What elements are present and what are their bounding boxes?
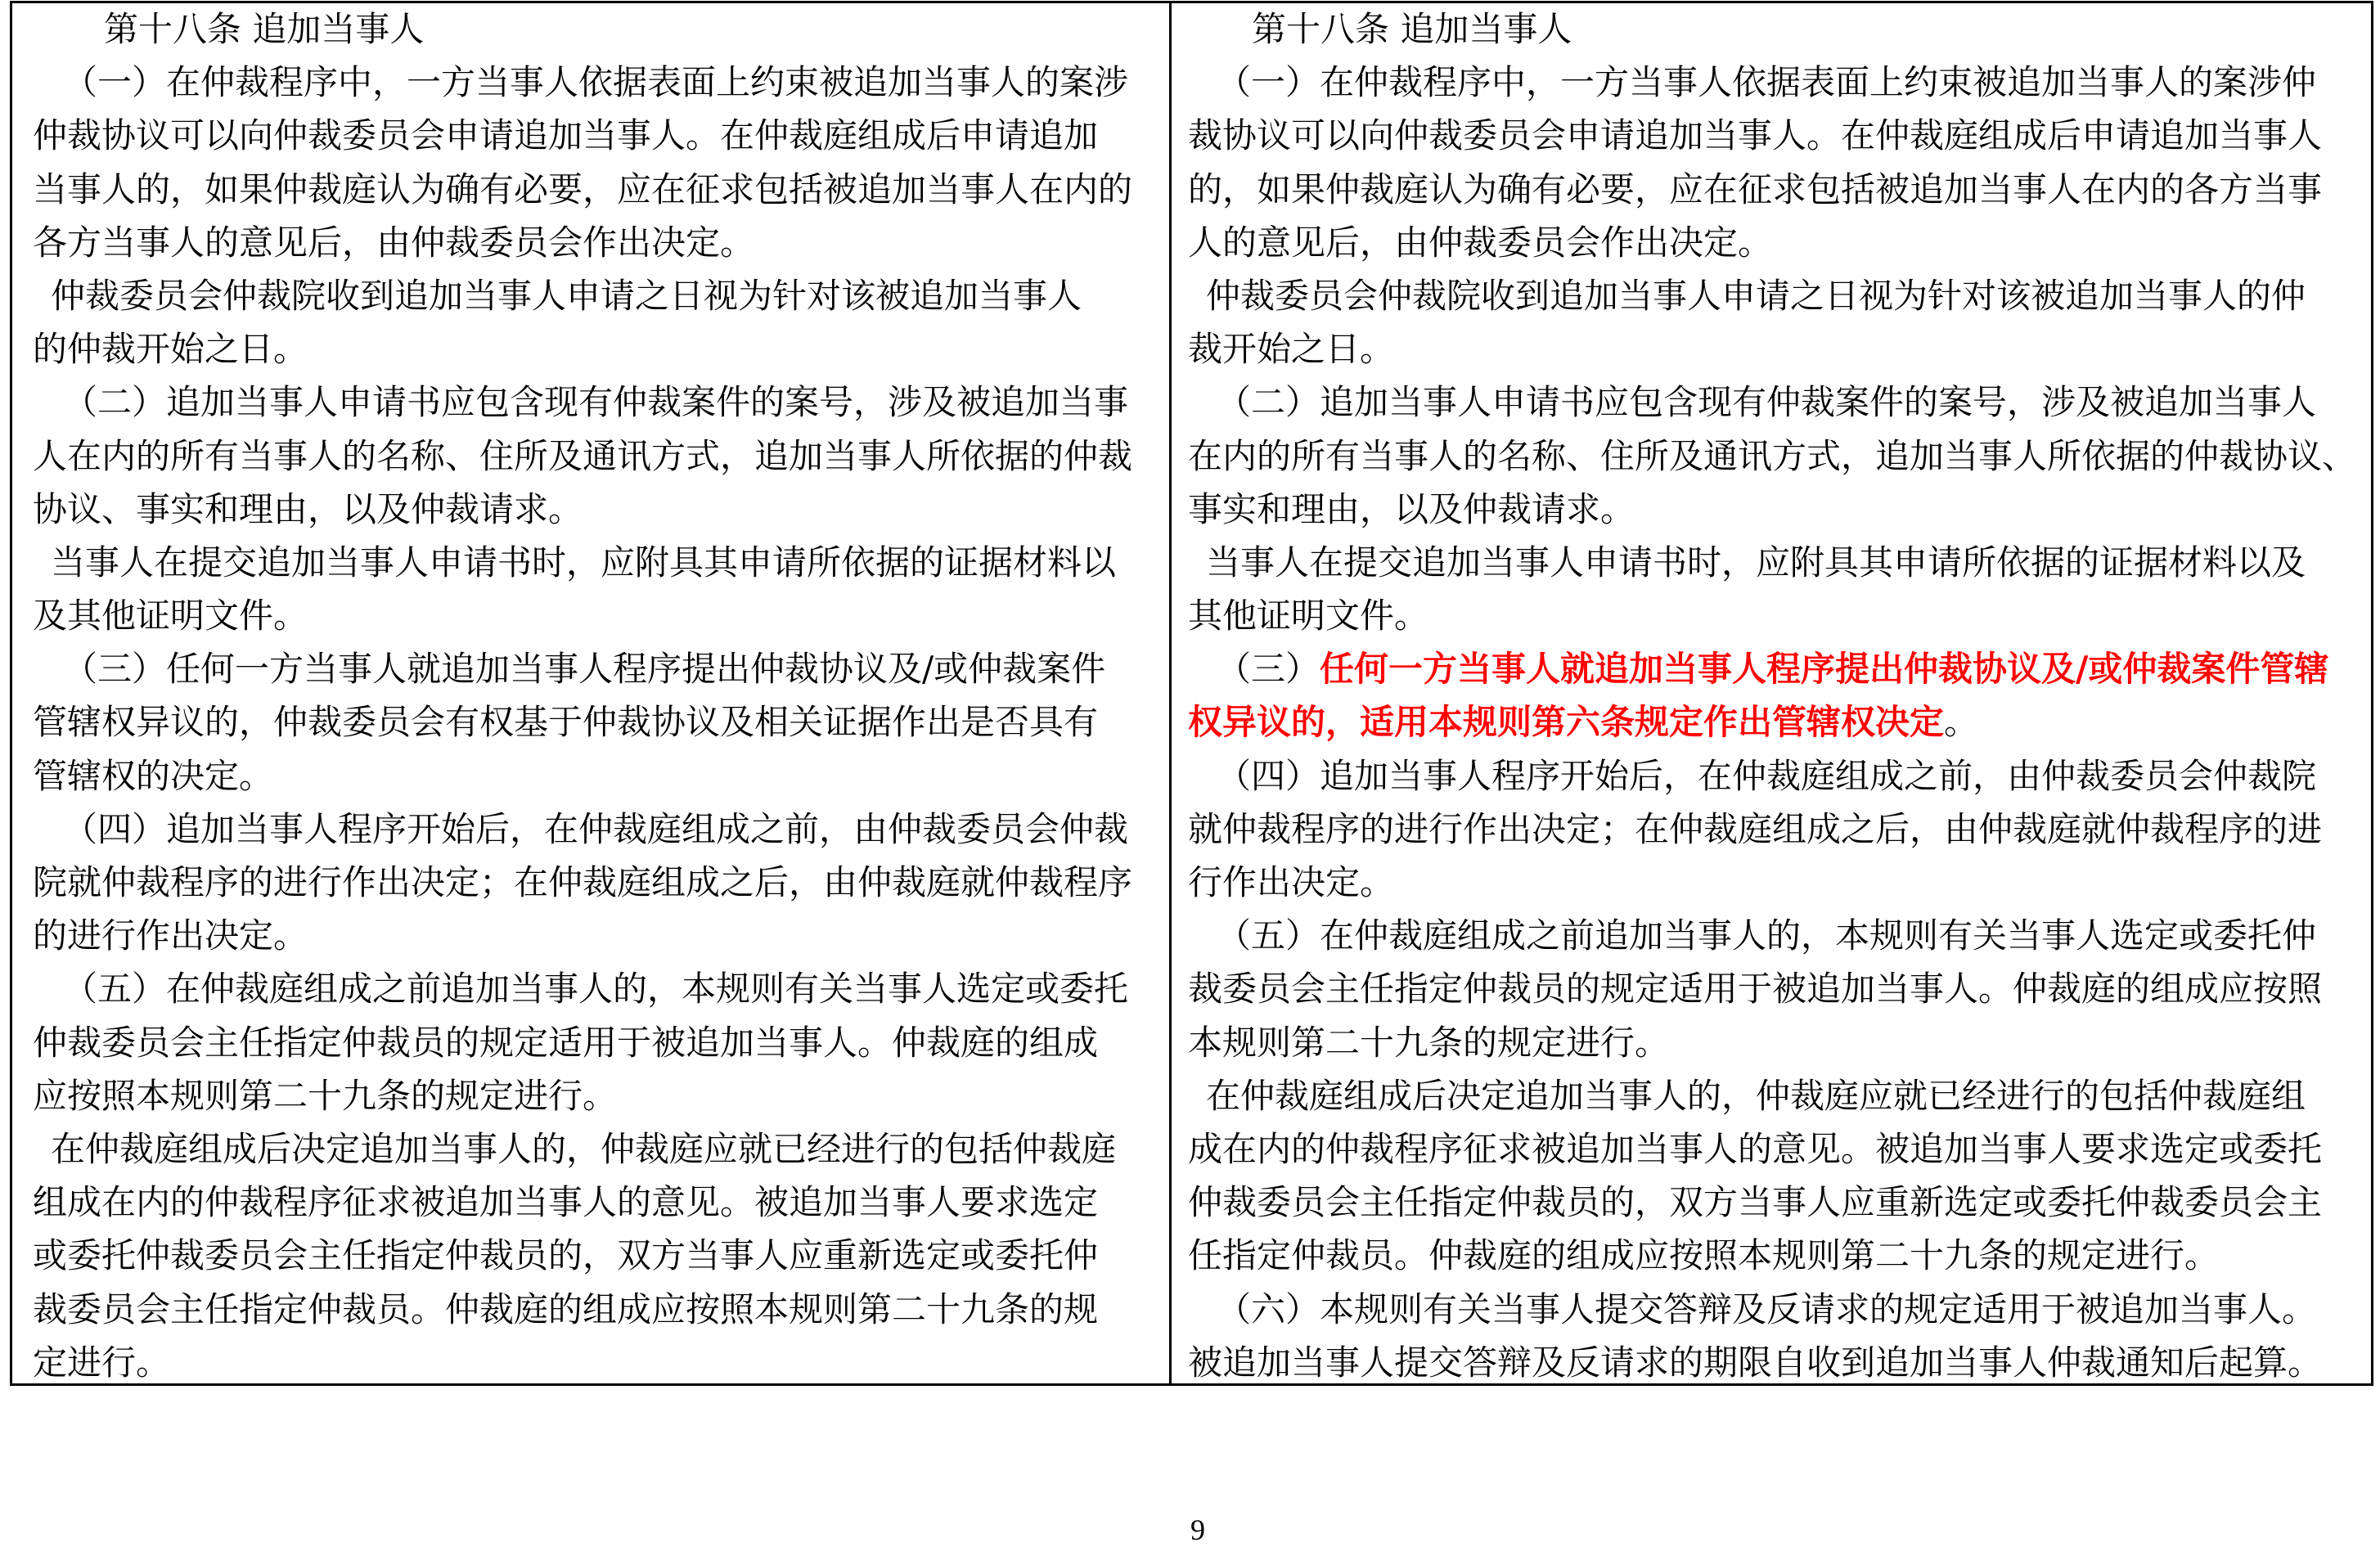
- paragraph-line: 其他证明文件。: [1188, 589, 2366, 642]
- paragraph-line: 任指定仲裁员。仲裁庭的组成应按照本规则第二十九条的规定进行。: [1188, 1229, 2366, 1282]
- paragraph-line: （四）追加当事人程序开始后，在仲裁庭组成之前，由仲裁委员会仲裁院: [1188, 749, 2366, 803]
- article-title: 第十八条 追加当事人: [1188, 2, 2366, 56]
- revised-text-highlight: 权异议的，适用本规则第六条规定作出管辖权决定: [1188, 702, 1944, 742]
- paragraph-line: 院就仲裁程序的进行作出决定；在仲裁庭组成之后，由仲裁庭就仲裁程序: [33, 856, 1166, 909]
- right-column-revised-text: 第十八条 追加当事人 （一）在仲裁程序中，一方当事人依据表面上约束被追加当事人的…: [1188, 2, 2366, 1389]
- paragraph-line: 定进行。: [33, 1336, 1166, 1389]
- paragraph-line: 裁委员会主任指定仲裁员。仲裁庭的组成应按照本规则第二十九条的规: [33, 1283, 1166, 1336]
- paragraph-line: （三）任何一方当事人就追加当事人程序提出仲裁协议及/或仲裁案件: [33, 642, 1166, 695]
- paragraph-line: 的仲裁开始之日。: [33, 322, 1166, 376]
- paragraph-line: （五）在仲裁庭组成之前追加当事人的，本规则有关当事人选定或委托仲: [1188, 909, 2366, 962]
- column-divider: [1169, 1, 1172, 1386]
- paragraph-line: 裁协议可以向仲裁委员会申请追加当事人。在仲裁庭组成后申请追加当事人: [1188, 109, 2366, 162]
- paragraph-line: 成在内的仲裁程序征求被追加当事人的意见。被追加当事人要求选定或委托: [1188, 1122, 2366, 1176]
- paragraph-line: 的，如果仲裁庭认为确有必要，应在征求包括被追加当事人在内的各方当事: [1188, 163, 2366, 216]
- paragraph-line: 裁开始之日。: [1188, 322, 2366, 376]
- paragraph-line: 仲裁委员会仲裁院收到追加当事人申请之日视为针对该被追加当事人: [33, 269, 1166, 322]
- paragraph-line: 本规则第二十九条的规定进行。: [1188, 1016, 2366, 1069]
- paragraph-line: 仲裁委员会主任指定仲裁员的，双方当事人应重新选定或委托仲裁委员会主: [1188, 1176, 2366, 1229]
- highlighted-paragraph-line: （三）任何一方当事人就追加当事人程序提出仲裁协议及/或仲裁案件管辖: [1188, 642, 2366, 695]
- paragraph-line: 就仲裁程序的进行作出决定；在仲裁庭组成之后，由仲裁庭就仲裁程序的进: [1188, 803, 2366, 856]
- paragraph-line: 及其他证明文件。: [33, 589, 1166, 642]
- paragraph-line: 人在内的所有当事人的名称、住所及通讯方式，追加当事人所依据的仲裁: [33, 429, 1166, 483]
- paragraph-line: （一）在仲裁程序中，一方当事人依据表面上约束被追加当事人的案涉仲: [1188, 56, 2366, 109]
- page-number: 9: [1190, 1512, 1205, 1548]
- paragraph-line: 在仲裁庭组成后决定追加当事人的，仲裁庭应就已经进行的包括仲裁庭组: [1188, 1069, 2366, 1122]
- paragraph-line: （二）追加当事人申请书应包含现有仲裁案件的案号，涉及被追加当事: [33, 376, 1166, 429]
- paragraph-line: 的进行作出决定。: [33, 909, 1166, 962]
- paragraph-line: 人的意见后，由仲裁委员会作出决定。: [1188, 216, 2366, 269]
- revised-text-highlight: 任何一方当事人就追加当事人程序提出仲裁协议及/或仲裁案件管辖: [1320, 649, 2328, 689]
- paragraph-line: 仲裁协议可以向仲裁委员会申请追加当事人。在仲裁庭组成后申请追加: [33, 109, 1166, 162]
- paragraph-number: （三）: [1217, 649, 1320, 689]
- paragraph-line: 当事人的，如果仲裁庭认为确有必要，应在征求包括被追加当事人在内的: [33, 163, 1166, 216]
- highlighted-paragraph-line: 权异议的，适用本规则第六条规定作出管辖权决定。: [1188, 695, 2366, 749]
- paragraph-line: 被追加当事人提交答辩及反请求的期限自收到追加当事人仲裁通知后起算。: [1188, 1336, 2366, 1389]
- paragraph-line: 管辖权异议的，仲裁委员会有权基于仲裁协议及相关证据作出是否具有: [33, 695, 1166, 749]
- paragraph-line: 行作出决定。: [1188, 856, 2366, 909]
- paragraph-line: （一）在仲裁程序中，一方当事人依据表面上约束被追加当事人的案涉: [33, 56, 1166, 109]
- paragraph-line: （六）本规则有关当事人提交答辩及反请求的规定适用于被追加当事人。: [1188, 1283, 2366, 1336]
- paragraph-line: 在内的所有当事人的名称、住所及通讯方式，追加当事人所依据的仲裁协议、: [1188, 429, 2366, 483]
- paragraph-line: 仲裁委员会仲裁院收到追加当事人申请之日视为针对该被追加当事人的仲: [1188, 269, 2366, 322]
- paragraph-line: （五）在仲裁庭组成之前追加当事人的，本规则有关当事人选定或委托: [33, 962, 1166, 1015]
- paragraph-line: 应按照本规则第二十九条的规定进行。: [33, 1069, 1166, 1122]
- paragraph-line: （二）追加当事人申请书应包含现有仲裁案件的案号，涉及被追加当事人: [1188, 376, 2366, 429]
- paragraph-line: 管辖权的决定。: [33, 749, 1166, 803]
- paragraph-line: 当事人在提交追加当事人申请书时，应附具其申请所依据的证据材料以: [33, 536, 1166, 589]
- period: 。: [1944, 702, 1978, 742]
- paragraph-line: 裁委员会主任指定仲裁员的规定适用于被追加当事人。仲裁庭的组成应按照: [1188, 962, 2366, 1015]
- paragraph-line: 或委托仲裁委员会主任指定仲裁员的，双方当事人应重新选定或委托仲: [33, 1229, 1166, 1282]
- paragraph-line: 在仲裁庭组成后决定追加当事人的，仲裁庭应就已经进行的包括仲裁庭: [33, 1122, 1166, 1176]
- article-title: 第十八条 追加当事人: [33, 2, 1166, 56]
- paragraph-line: 当事人在提交追加当事人申请书时，应附具其申请所依据的证据材料以及: [1188, 536, 2366, 589]
- paragraph-line: 事实和理由，以及仲裁请求。: [1188, 483, 2366, 536]
- left-column-original-text: 第十八条 追加当事人 （一）在仲裁程序中，一方当事人依据表面上约束被追加当事人的…: [33, 2, 1166, 1389]
- paragraph-line: （四）追加当事人程序开始后，在仲裁庭组成之前，由仲裁委员会仲裁: [33, 803, 1166, 856]
- paragraph-line: 组成在内的仲裁程序征求被追加当事人的意见。被追加当事人要求选定: [33, 1176, 1166, 1229]
- paragraph-line: 各方当事人的意见后，由仲裁委员会作出决定。: [33, 216, 1166, 269]
- paragraph-line: 协议、事实和理由，以及仲裁请求。: [33, 483, 1166, 536]
- paragraph-line: 仲裁委员会主任指定仲裁员的规定适用于被追加当事人。仲裁庭的组成: [33, 1016, 1166, 1069]
